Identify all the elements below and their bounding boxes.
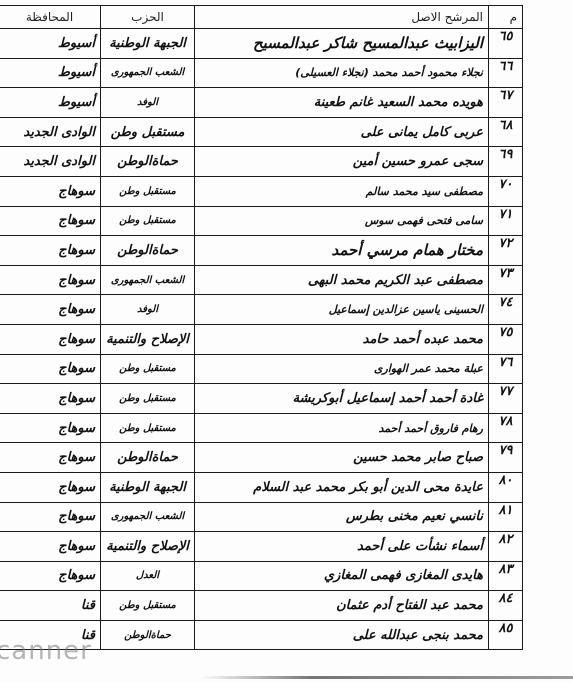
table-row: ٧٠ مصطفى سيد محمد سالم مستقبل وطن سوهاج <box>0 176 523 206</box>
candidate-name: محمد عبده أحمد حامد <box>195 324 489 354</box>
table-row: ٧٨ رهام فاروق أحمد أحمد مستقبل وطن سوهاج <box>0 413 523 443</box>
governorate-name: أسيوط <box>0 29 101 59</box>
candidate-name: مصطفى عبد الكريم محمد البهى <box>195 265 489 295</box>
table-header-row: م المرشح الاصل الحزب المحافظة <box>0 6 523 29</box>
party-name: مستقبل وطن <box>101 384 195 414</box>
table-row: ٧٩ صباح صابر محمد حسين حماةالوطن سوهاج <box>0 443 523 473</box>
scanned-document-page: م المرشح الاصل الحزب المحافظة ٦٥ اليزابي… <box>0 0 573 683</box>
row-number: ٧٠ <box>489 176 523 206</box>
governorate-name: سوهاج <box>0 443 101 473</box>
governorate-name: سوهاج <box>0 206 101 236</box>
header-party: الحزب <box>101 6 195 29</box>
row-number: ٨٣ <box>489 561 523 591</box>
party-name: مستقبل وطن <box>101 117 195 147</box>
party-name: الإصلاح والتنمية <box>101 324 195 354</box>
table-row: ٦٨ عربى كامل يمانى على مستقبل وطن الوادى… <box>0 117 523 147</box>
governorate-name: سوهاج <box>0 532 101 562</box>
table-row: ٦٦ نجلاء محمود أحمد محمد (نجلاء العسيلى)… <box>0 58 523 88</box>
candidate-name: أسماء نشأت على أحمد <box>195 532 489 562</box>
table-row: ٧٥ محمد عبده أحمد حامد الإصلاح والتنمية … <box>0 324 523 354</box>
party-name: الجبهة الوطنية <box>101 29 195 59</box>
candidate-name: هايدى المغازى فهمى المغازي <box>195 561 489 591</box>
table-row: ٨٥ محمد بنجى عبدالله على حماةالوطن قنا <box>0 620 523 650</box>
table-row: ٦٥ اليزابيث عبدالمسيح شاكر عبدالمسيح الج… <box>0 29 523 59</box>
row-number: ٨٢ <box>489 532 523 562</box>
row-number: ٨٥ <box>489 620 523 650</box>
table-row: ٦٧ هويده محمد السعيد غانم طعينة الوفد أس… <box>0 88 523 118</box>
party-name: الشعب الجمهورى <box>101 265 195 295</box>
party-name: العدل <box>101 561 195 591</box>
row-number: ٧٥ <box>489 324 523 354</box>
governorate-name: سوهاج <box>0 295 101 325</box>
candidate-name: عايدة محى الدين أبو بكر محمد عبد السلام <box>195 472 489 502</box>
governorate-name: أسيوط <box>0 58 101 88</box>
party-name: مستقبل وطن <box>101 591 195 621</box>
party-name: الوفد <box>101 295 195 325</box>
table-row: ٧٧ غادة أحمد أحمد إسماعيل أبوكريشة مستقب… <box>0 384 523 414</box>
table-row: ٧٢ مختار همام مرسي أحمد حماةالوطن سوهاج <box>0 236 523 266</box>
governorate-name: سوهاج <box>0 502 101 532</box>
party-name: حماةالوطن <box>101 443 195 473</box>
header-number: م <box>489 6 523 29</box>
party-name: مستقبل وطن <box>101 176 195 206</box>
row-number: ٧٧ <box>489 384 523 414</box>
row-number: ٧٢ <box>489 236 523 266</box>
party-name: حماةالوطن <box>101 236 195 266</box>
table-row: ٧١ سامى فتحى فهمى سوس مستقبل وطن سوهاج <box>0 206 523 236</box>
candidate-name: نجلاء محمود أحمد محمد (نجلاء العسيلى) <box>195 58 489 88</box>
governorate-name: سوهاج <box>0 561 101 591</box>
row-number: ٧١ <box>489 206 523 236</box>
row-number: ٧٨ <box>489 413 523 443</box>
table-row: ٦٩ سجى عمرو حسين أمين حماةالوطن الوادى ا… <box>0 147 523 177</box>
party-name: الوفد <box>101 88 195 118</box>
candidate-name: رهام فاروق أحمد أحمد <box>195 413 489 443</box>
governorate-name: قنا <box>0 620 101 650</box>
row-number: ٦٧ <box>489 88 523 118</box>
candidate-name: عربى كامل يمانى على <box>195 117 489 147</box>
header-governorate: المحافظة <box>0 6 101 29</box>
governorate-name: أسيوط <box>0 88 101 118</box>
party-name: مستقبل وطن <box>101 206 195 236</box>
table-row: ٨٤ محمد عبد الفتاح أدم عثمان مستقبل وطن … <box>0 591 523 621</box>
candidate-name: صباح صابر محمد حسين <box>195 443 489 473</box>
governorate-name: سوهاج <box>0 472 101 502</box>
governorate-name: الوادى الجديد <box>0 117 101 147</box>
governorate-name: سوهاج <box>0 354 101 384</box>
page-edge-line <box>200 676 573 679</box>
governorate-name: سوهاج <box>0 265 101 295</box>
governorate-name: سوهاج <box>0 236 101 266</box>
governorate-name: سوهاج <box>0 324 101 354</box>
table-row: ٧٦ عبلة محمد عمر الهوارى مستقبل وطن سوها… <box>0 354 523 384</box>
candidate-name: سامى فتحى فهمى سوس <box>195 206 489 236</box>
candidate-name: محمد بنجى عبدالله على <box>195 620 489 650</box>
party-name: الإصلاح والتنمية <box>101 532 195 562</box>
candidate-name: عبلة محمد عمر الهوارى <box>195 354 489 384</box>
governorate-name: سوهاج <box>0 176 101 206</box>
row-number: ٧٤ <box>489 295 523 325</box>
candidate-name: اليزابيث عبدالمسيح شاكر عبدالمسيح <box>195 29 489 59</box>
candidate-name: نانسي نعيم مخنى بطرس <box>195 502 489 532</box>
table-row: ٨٠ عايدة محى الدين أبو بكر محمد عبد السل… <box>0 472 523 502</box>
row-number: ٦٦ <box>489 58 523 88</box>
candidate-name: غادة أحمد أحمد إسماعيل أبوكريشة <box>195 384 489 414</box>
party-name: حماةالوطن <box>101 620 195 650</box>
party-name: مستقبل وطن <box>101 354 195 384</box>
table-row: ٨١ نانسي نعيم مخنى بطرس الشعب الجمهورى س… <box>0 502 523 532</box>
row-number: ٧٦ <box>489 354 523 384</box>
row-number: ٦٨ <box>489 117 523 147</box>
header-candidate: المرشح الاصل <box>195 6 489 29</box>
governorate-name: قنا <box>0 591 101 621</box>
table-row: ٧٤ الحسينى ياسين عزالدين إسماعيل الوفد س… <box>0 295 523 325</box>
row-number: ٨٤ <box>489 591 523 621</box>
row-number: ٦٥ <box>489 29 523 59</box>
party-name: مستقبل وطن <box>101 413 195 443</box>
row-number: ٧٩ <box>489 443 523 473</box>
candidate-name: الحسينى ياسين عزالدين إسماعيل <box>195 295 489 325</box>
row-number: ٧٣ <box>489 265 523 295</box>
party-name: الشعب الجمهورى <box>101 58 195 88</box>
governorate-name: سوهاج <box>0 384 101 414</box>
governorate-name: سوهاج <box>0 413 101 443</box>
party-name: حماةالوطن <box>101 147 195 177</box>
row-number: ٨٠ <box>489 472 523 502</box>
candidate-name: مصطفى سيد محمد سالم <box>195 176 489 206</box>
governorate-name: الوادى الجديد <box>0 147 101 177</box>
row-number: ٦٩ <box>489 147 523 177</box>
candidate-name: محمد عبد الفتاح أدم عثمان <box>195 591 489 621</box>
candidates-table: م المرشح الاصل الحزب المحافظة ٦٥ اليزابي… <box>0 5 523 650</box>
table-row: ٨٣ هايدى المغازى فهمى المغازي العدل سوها… <box>0 561 523 591</box>
candidate-name: هويده محمد السعيد غانم طعينة <box>195 88 489 118</box>
table-row: ٨٢ أسماء نشأت على أحمد الإصلاح والتنمية … <box>0 532 523 562</box>
candidate-name: مختار همام مرسي أحمد <box>195 236 489 266</box>
party-name: الجبهة الوطنية <box>101 472 195 502</box>
row-number: ٨١ <box>489 502 523 532</box>
party-name: الشعب الجمهورى <box>101 502 195 532</box>
candidate-name: سجى عمرو حسين أمين <box>195 147 489 177</box>
table-row: ٧٣ مصطفى عبد الكريم محمد البهى الشعب الج… <box>0 265 523 295</box>
